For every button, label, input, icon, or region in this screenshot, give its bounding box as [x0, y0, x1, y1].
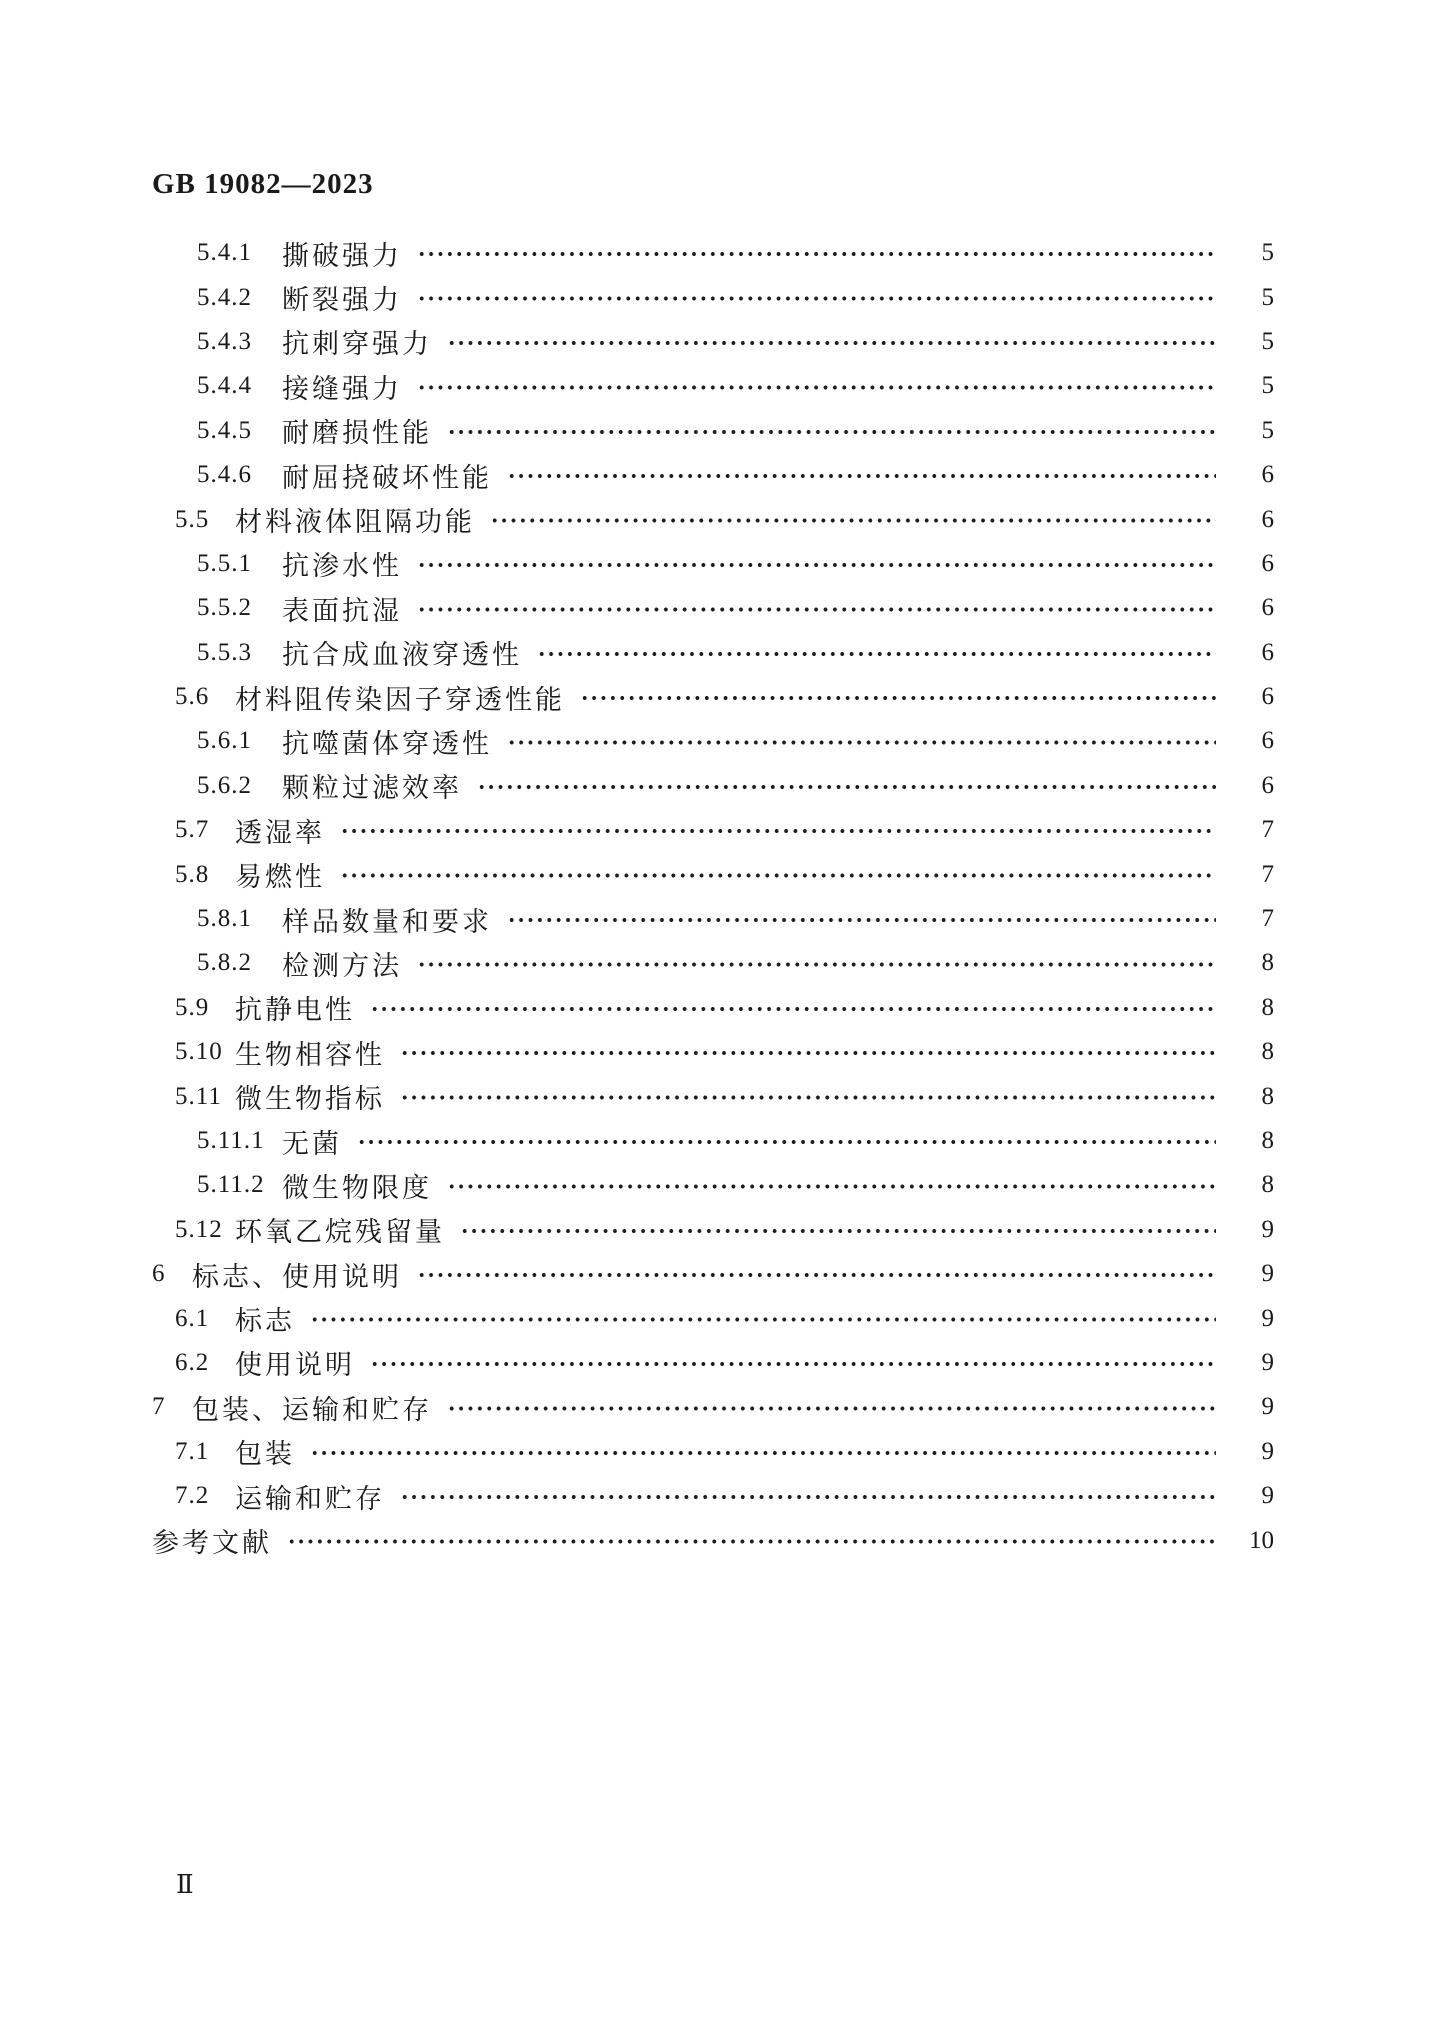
toc-entry-page: 6	[1228, 506, 1274, 534]
toc-entry-page: 9	[1228, 1349, 1274, 1377]
standard-code-header: GB 19082—2023	[152, 168, 374, 201]
toc-entry-page: 9	[1228, 1260, 1274, 1288]
toc-entry-number: 7.2	[175, 1482, 235, 1510]
toc-entry-number: 5.8.2	[197, 949, 282, 977]
toc-entry: 5.4.4 接缝强力 5	[152, 364, 1274, 408]
toc-entry-number: 5.4.3	[197, 328, 282, 356]
toc-entry: 5.5.1 抗渗水性 6	[152, 542, 1274, 586]
toc-entry: 6 标志、使用说明 9	[152, 1252, 1274, 1296]
dot-leader	[505, 897, 1216, 941]
toc-entry-number: 5.5.3	[197, 639, 282, 667]
toc-entry-page: 6	[1228, 683, 1274, 711]
toc-entry-title: 包装、运输和贮存	[192, 1388, 432, 1427]
toc-entry-page: 6	[1228, 461, 1274, 489]
dot-leader	[355, 1119, 1216, 1163]
toc-entry: 5.6.2 颗粒过滤效率 6	[152, 764, 1274, 808]
dot-leader	[475, 764, 1216, 808]
dot-leader	[308, 1296, 1216, 1340]
dot-leader	[415, 364, 1216, 408]
toc-entry-number: 5.6.1	[197, 727, 282, 755]
toc-entry-number: 5.11.1	[197, 1127, 282, 1155]
toc-entry: 5.4.6 耐屈挠破坏性能 6	[152, 453, 1274, 497]
page-number-footer: Ⅱ	[176, 1870, 194, 1900]
toc-entry-page: 6	[1228, 594, 1274, 622]
dot-leader	[578, 675, 1216, 719]
dot-leader	[398, 1074, 1216, 1118]
toc-entry-number: 5.5	[175, 506, 235, 534]
toc-entry: 5.4.5 耐磨损性能 5	[152, 409, 1274, 453]
toc-entry-number: 5.5.1	[197, 550, 282, 578]
toc-entry-title: 包装	[235, 1432, 295, 1471]
toc-entry-title: 撕破强力	[282, 234, 402, 273]
table-of-contents: 5.4.1 撕破强力 5 5.4.2 断裂强力 5 5.4.3 抗刺穿强力 5 …	[152, 231, 1274, 1563]
toc-entry-page: 5	[1228, 239, 1274, 267]
toc-entry-number: 7.1	[175, 1438, 235, 1466]
toc-entry: 参考文献 10	[152, 1518, 1274, 1562]
dot-leader	[415, 275, 1216, 319]
toc-entry: 5.5 材料液体阻隔功能 6	[152, 497, 1274, 541]
toc-entry-page: 6	[1228, 727, 1274, 755]
toc-entry-page: 9	[1228, 1482, 1274, 1510]
dot-leader	[458, 1208, 1216, 1252]
dot-leader	[445, 320, 1216, 364]
toc-entry-number: 5.6	[175, 683, 235, 711]
toc-entry: 5.11.1 无菌 8	[152, 1119, 1274, 1163]
toc-entry-title: 材料阻传染因子穿透性能	[235, 678, 565, 717]
toc-entry-title: 使用说明	[235, 1343, 355, 1382]
document-page: GB 19082—2023 5.4.1 撕破强力 5 5.4.2 断裂强力 5 …	[0, 0, 1445, 2044]
toc-entry-number: 6	[152, 1260, 192, 1288]
dot-leader	[505, 719, 1216, 763]
toc-entry-page: 8	[1228, 949, 1274, 977]
toc-entry-number: 5.6.2	[197, 772, 282, 800]
toc-entry-page: 5	[1228, 328, 1274, 356]
toc-entry: 5.9 抗静电性 8	[152, 986, 1274, 1030]
toc-entry-title: 耐磨损性能	[282, 411, 432, 450]
toc-entry: 6.1 标志 9	[152, 1296, 1274, 1340]
toc-entry-title: 抗静电性	[235, 988, 355, 1027]
dot-leader	[415, 1252, 1216, 1296]
toc-entry-number: 5.4.1	[197, 239, 282, 267]
dot-leader	[398, 1474, 1216, 1518]
toc-entry: 7.1 包装 9	[152, 1430, 1274, 1474]
toc-entry-number: 5.10	[175, 1038, 235, 1066]
dot-leader	[368, 986, 1216, 1030]
toc-entry: 5.8.1 样品数量和要求 7	[152, 897, 1274, 941]
toc-entry: 5.6.1 抗噬菌体穿透性 6	[152, 719, 1274, 763]
toc-entry: 7.2 运输和贮存 9	[152, 1474, 1274, 1518]
dot-leader	[285, 1518, 1216, 1562]
dot-leader	[445, 1163, 1216, 1207]
toc-entry-number: 5.4.5	[197, 417, 282, 445]
toc-entry-page: 9	[1228, 1216, 1274, 1244]
toc-entry-number: 6.1	[175, 1305, 235, 1333]
toc-entry-title: 接缝强力	[282, 367, 402, 406]
dot-leader	[488, 497, 1216, 541]
toc-entry-page: 7	[1228, 905, 1274, 933]
dot-leader	[338, 808, 1216, 852]
toc-entry-number: 5.9	[175, 994, 235, 1022]
toc-entry: 5.8.2 检测方法 8	[152, 941, 1274, 985]
toc-entry-title: 微生物限度	[282, 1166, 432, 1205]
toc-entry-number: 5.8	[175, 861, 235, 889]
toc-entry-title: 抗合成血液穿透性	[282, 633, 522, 672]
toc-entry-page: 9	[1228, 1305, 1274, 1333]
toc-entry-number: 6.2	[175, 1349, 235, 1377]
toc-entry: 7 包装、运输和贮存 9	[152, 1385, 1274, 1429]
toc-entry: 5.11.2 微生物限度 8	[152, 1163, 1274, 1207]
toc-entry-number: 5.4.2	[197, 284, 282, 312]
toc-entry-page: 8	[1228, 1127, 1274, 1155]
toc-entry-title: 标志、使用说明	[192, 1255, 402, 1294]
toc-entry-number: 5.12	[175, 1216, 235, 1244]
dot-leader	[338, 852, 1216, 896]
toc-entry-page: 9	[1228, 1393, 1274, 1421]
toc-entry: 5.6 材料阻传染因子穿透性能 6	[152, 675, 1274, 719]
toc-entry-title: 运输和贮存	[235, 1477, 385, 1516]
toc-entry-page: 10	[1228, 1527, 1274, 1555]
toc-entry-title: 材料液体阻隔功能	[235, 500, 475, 539]
toc-entry-title: 耐屈挠破坏性能	[282, 456, 492, 495]
toc-entry-page: 6	[1228, 550, 1274, 578]
toc-entry-number: 5.11	[175, 1083, 235, 1111]
dot-leader	[415, 231, 1216, 275]
dot-leader	[505, 453, 1216, 497]
dot-leader	[308, 1430, 1216, 1474]
toc-entry-title: 参考文献	[152, 1521, 272, 1560]
toc-entry: 5.4.1 撕破强力 5	[152, 231, 1274, 275]
toc-entry: 5.10 生物相容性 8	[152, 1030, 1274, 1074]
dot-leader	[398, 1030, 1216, 1074]
toc-entry-page: 8	[1228, 1038, 1274, 1066]
toc-entry-title: 生物相容性	[235, 1033, 385, 1072]
toc-entry: 5.7 透湿率 7	[152, 808, 1274, 852]
toc-entry-title: 易燃性	[235, 855, 325, 894]
toc-entry-number: 5.8.1	[197, 905, 282, 933]
dot-leader	[415, 941, 1216, 985]
toc-entry-page: 6	[1228, 772, 1274, 800]
toc-entry-page: 9	[1228, 1438, 1274, 1466]
toc-entry-page: 7	[1228, 861, 1274, 889]
dot-leader	[445, 409, 1216, 453]
toc-entry-title: 颗粒过滤效率	[282, 766, 462, 805]
toc-entry-page: 7	[1228, 816, 1274, 844]
dot-leader	[368, 1341, 1216, 1385]
toc-entry-number: 5.5.2	[197, 594, 282, 622]
toc-entry-page: 5	[1228, 284, 1274, 312]
toc-entry-title: 标志	[235, 1299, 295, 1338]
dot-leader	[415, 542, 1216, 586]
toc-entry-page: 6	[1228, 639, 1274, 667]
toc-entry-title: 透湿率	[235, 811, 325, 850]
toc-entry: 5.5.2 表面抗湿 6	[152, 586, 1274, 630]
toc-entry-number: 5.11.2	[197, 1171, 282, 1199]
toc-entry-title: 环氧乙烷残留量	[235, 1210, 445, 1249]
toc-entry: 5.4.3 抗刺穿强力 5	[152, 320, 1274, 364]
toc-entry-page: 5	[1228, 417, 1274, 445]
toc-entry-page: 5	[1228, 372, 1274, 400]
toc-entry: 5.4.2 断裂强力 5	[152, 275, 1274, 319]
toc-entry-title: 断裂强力	[282, 278, 402, 317]
toc-entry-title: 检测方法	[282, 944, 402, 983]
toc-entry-page: 8	[1228, 994, 1274, 1022]
toc-entry-title: 抗刺穿强力	[282, 322, 432, 361]
toc-entry-title: 无菌	[282, 1122, 342, 1161]
toc-entry: 5.5.3 抗合成血液穿透性 6	[152, 631, 1274, 675]
toc-entry-title: 微生物指标	[235, 1077, 385, 1116]
toc-entry-number: 7	[152, 1393, 192, 1421]
toc-entry-number: 5.7	[175, 816, 235, 844]
toc-entry: 6.2 使用说明 9	[152, 1341, 1274, 1385]
toc-entry-title: 抗噬菌体穿透性	[282, 722, 492, 761]
toc-entry-title: 表面抗湿	[282, 589, 402, 628]
toc-entry: 5.11 微生物指标 8	[152, 1074, 1274, 1118]
toc-entry-page: 8	[1228, 1171, 1274, 1199]
dot-leader	[535, 631, 1216, 675]
toc-entry-page: 8	[1228, 1083, 1274, 1111]
toc-entry-number: 5.4.6	[197, 461, 282, 489]
toc-entry-title: 抗渗水性	[282, 544, 402, 583]
dot-leader	[445, 1385, 1216, 1429]
toc-entry: 5.12 环氧乙烷残留量 9	[152, 1208, 1274, 1252]
toc-entry: 5.8 易燃性 7	[152, 852, 1274, 896]
dot-leader	[415, 586, 1216, 630]
toc-entry-number: 5.4.4	[197, 372, 282, 400]
toc-entry-title: 样品数量和要求	[282, 900, 492, 939]
